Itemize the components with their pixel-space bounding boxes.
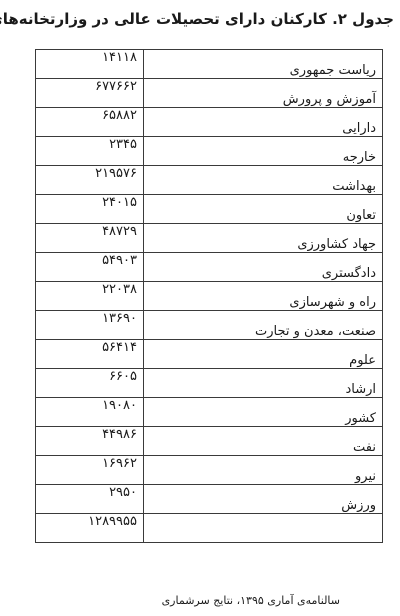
row-value: ۱۴۱۱۸ [36, 50, 144, 79]
row-label: ارشاد [144, 369, 383, 398]
table-row: ۱۶۹۶۲نیرو [36, 456, 383, 485]
table-row: ۲۱۹۵۷۶بهداشت [36, 166, 383, 195]
row-label: آموزش و پرورش [144, 79, 383, 108]
table-row: ۱۹۰۸۰کشور [36, 398, 383, 427]
row-value: ۲۳۴۵ [36, 137, 144, 166]
table-row: ۴۸۷۲۹جهاد کشاورزی [36, 224, 383, 253]
table-row: ۱۳۶۹۰صنعت، معدن و تجارت [36, 311, 383, 340]
row-label: بهداشت [144, 166, 383, 195]
source-note: سالنامه‌ی آماری ۱۳۹۵، نتایج سرشماری [162, 594, 340, 607]
row-label: دارایی [144, 108, 383, 137]
row-label: جهاد کشاورزی [144, 224, 383, 253]
table-row: ۲۴۰۱۵تعاون [36, 195, 383, 224]
row-value: ۴۸۷۲۹ [36, 224, 144, 253]
row-label: نیرو [144, 456, 383, 485]
row-label: دادگستری [144, 253, 383, 282]
row-label: راه و شهرسازی [144, 282, 383, 311]
table-row: ۱۴۱۱۸ریاست جمهوری [36, 50, 383, 79]
row-label: ریاست جمهوری [144, 50, 383, 79]
row-value: ۲۹۵۰ [36, 485, 144, 514]
total-label [144, 514, 383, 543]
table-row: ۴۴۹۸۶نفت [36, 427, 383, 456]
table-title: جدول ۲. کارکنان دارای تحصیلات عالی در وز… [0, 10, 394, 28]
row-value: ۶۵۸۸۲ [36, 108, 144, 137]
total-row: ۱۲۸۹۹۵۵ [36, 514, 383, 543]
row-value: ۲۴۰۱۵ [36, 195, 144, 224]
table-row: ۲۲۰۳۸راه و شهرسازی [36, 282, 383, 311]
row-value: ۱۶۹۶۲ [36, 456, 144, 485]
ministries-table: ۱۴۱۱۸ریاست جمهوری ۶۷۷۶۶۲آموزش و پرورش ۶۵… [35, 49, 383, 543]
row-value: ۱۳۶۹۰ [36, 311, 144, 340]
row-label: صنعت، معدن و تجارت [144, 311, 383, 340]
row-value: ۶۶۰۵ [36, 369, 144, 398]
table-row: ۵۶۴۱۴علوم [36, 340, 383, 369]
row-value: ۲۲۰۳۸ [36, 282, 144, 311]
table-row: ۲۹۵۰ورزش [36, 485, 383, 514]
row-label: نفت [144, 427, 383, 456]
row-label: علوم [144, 340, 383, 369]
table-row: ۶۷۷۶۶۲آموزش و پرورش [36, 79, 383, 108]
table-row: ۶۵۸۸۲دارایی [36, 108, 383, 137]
row-value: ۲۱۹۵۷۶ [36, 166, 144, 195]
row-value: ۱۹۰۸۰ [36, 398, 144, 427]
table-row: ۵۴۹۰۳دادگستری [36, 253, 383, 282]
table-row: ۶۶۰۵ارشاد [36, 369, 383, 398]
row-label: تعاون [144, 195, 383, 224]
row-value: ۴۴۹۸۶ [36, 427, 144, 456]
row-label: ورزش [144, 485, 383, 514]
table-row: ۲۳۴۵خارجه [36, 137, 383, 166]
row-label: خارجه [144, 137, 383, 166]
row-label: کشور [144, 398, 383, 427]
total-value: ۱۲۸۹۹۵۵ [36, 514, 144, 543]
row-value: ۵۴۹۰۳ [36, 253, 144, 282]
row-value: ۵۶۴۱۴ [36, 340, 144, 369]
row-value: ۶۷۷۶۶۲ [36, 79, 144, 108]
